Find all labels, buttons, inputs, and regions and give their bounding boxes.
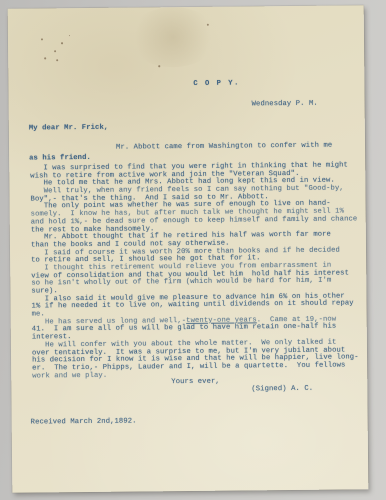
letter-body: I was surprised to find that you were ri… <box>30 162 359 380</box>
opening-line: Mr. Abbott came from Washington to confe… <box>116 143 332 153</box>
dateline: Wednesday P. M. <box>252 101 318 109</box>
foxing-spot <box>158 65 160 67</box>
copy-heading: C O P Y. <box>193 80 240 88</box>
closing: Yours ever, <box>171 379 220 387</box>
foxing-spot <box>61 42 63 44</box>
foxing-spot <box>207 24 209 26</box>
signature: (Signed) A. C. <box>251 386 313 394</box>
salutation: My dear Mr. Frick, <box>29 125 109 133</box>
letter-page: C O P Y. Wednesday P. M. My dear Mr. Fri… <box>8 5 369 492</box>
scan-background: C O P Y. Wednesday P. M. My dear Mr. Fri… <box>0 0 386 500</box>
foxing-spot <box>54 50 56 52</box>
paper-smudge <box>128 7 219 68</box>
foxing-spot <box>44 57 46 59</box>
received-stamp: Received March 2nd,1892. <box>31 419 137 428</box>
opening-continuation: as his friend. <box>29 155 91 163</box>
foxing-spot <box>69 35 70 36</box>
foxing-spot <box>41 38 43 40</box>
foxing-spot <box>56 59 58 61</box>
